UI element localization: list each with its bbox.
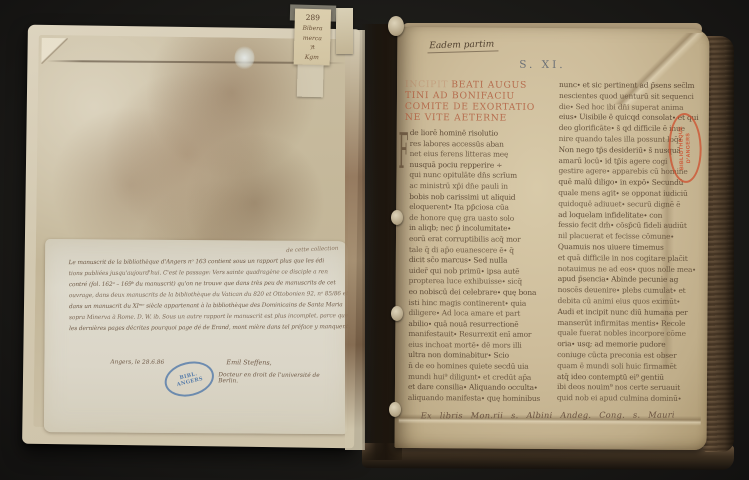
pale-round-spot [234, 46, 254, 70]
endband-knot [388, 16, 404, 36]
note-footer: Angers, le 28.6.86 BIBL. ANGERS Emil Ste… [68, 351, 339, 413]
label-handwriting-line: Kgm [294, 52, 330, 62]
tape-tail [297, 65, 324, 98]
library-stamp-line2: D'ANGERS [685, 133, 692, 164]
rubric-text: BEATI AUGUS [451, 79, 527, 91]
note-text-line: ouvrage, dans deux manuscrits de la bibl… [69, 289, 342, 302]
text-column-1: de liorē hominē risolutiores labores acc… [408, 128, 556, 404]
rubric-line: COMITE DE EXORTATIO [405, 101, 535, 113]
library-stamp-line1: BIBLIOTHÈQUE [678, 126, 685, 170]
note-date: Angers, le 28.6.86 [110, 359, 164, 365]
rubric-line: INCIPITBEATI AUGUS [405, 79, 535, 91]
sewing-support-knot [391, 210, 403, 225]
note-signature-title: Docteur en droit de l'université de Berl… [218, 372, 339, 385]
manuscript-line: aliquando manifesta∙ quę hominibus [408, 393, 554, 405]
rubric-faded-prefix: INCIPIT [405, 79, 448, 90]
label-paper: 289 Biberamerca⁊tKgm [294, 9, 331, 66]
rubric-title: INCIPITBEATI AUGUS TINI AD BONIFACIU COM… [405, 79, 535, 124]
manuscript-line: quid nob ei apud culmina dominū∙ [557, 393, 705, 405]
ex-libris-inscription: Ex libris Mon.rii s. Albini Andeg. Cong.… [421, 410, 675, 421]
note-corner-annotation: de cette collection [286, 246, 338, 255]
shelfmark-label: 289 Biberamerca⁊tKgm [291, 4, 333, 97]
manuscript-page: Eadem partim S. XI. INCIPITBEATI AUGUS T… [395, 27, 710, 450]
sewing-support-knot [389, 402, 401, 417]
shelfmark-number: 289 [295, 9, 331, 24]
pasted-scholar-note: de cette collection Le manuscrit de la b… [44, 239, 348, 434]
note-text-line: sopra Minerva à Rome. D. W. ib. Sous un … [69, 311, 342, 324]
rubric-line: NE VITE AETERNE [405, 112, 535, 124]
note-signature: Emil Steffens, [226, 358, 271, 366]
decorated-initial: F [398, 126, 408, 182]
manuscript-photo: de cette collection Le manuscrit de la b… [0, 0, 749, 480]
label-handwriting: Biberamerca⁊tKgm [294, 24, 331, 63]
note-text: Le manuscrit de la bibliothèque d'Angers… [69, 256, 343, 335]
century-mark: S. XI. [519, 59, 566, 71]
note-text-line: les dernières pages décrites pourquoi pa… [69, 322, 342, 335]
blue-oval-stamp: BIBL. ANGERS [161, 357, 218, 402]
rubric-line: TINI AD BONIFACIU [405, 90, 535, 102]
sewing-support-knot [391, 306, 403, 321]
spine-lining-tab [336, 8, 353, 54]
note-text-line: tions publiées jusqu'aujourd'hui. C'est … [69, 267, 342, 280]
header-annotation: Eadem partim [427, 39, 498, 53]
